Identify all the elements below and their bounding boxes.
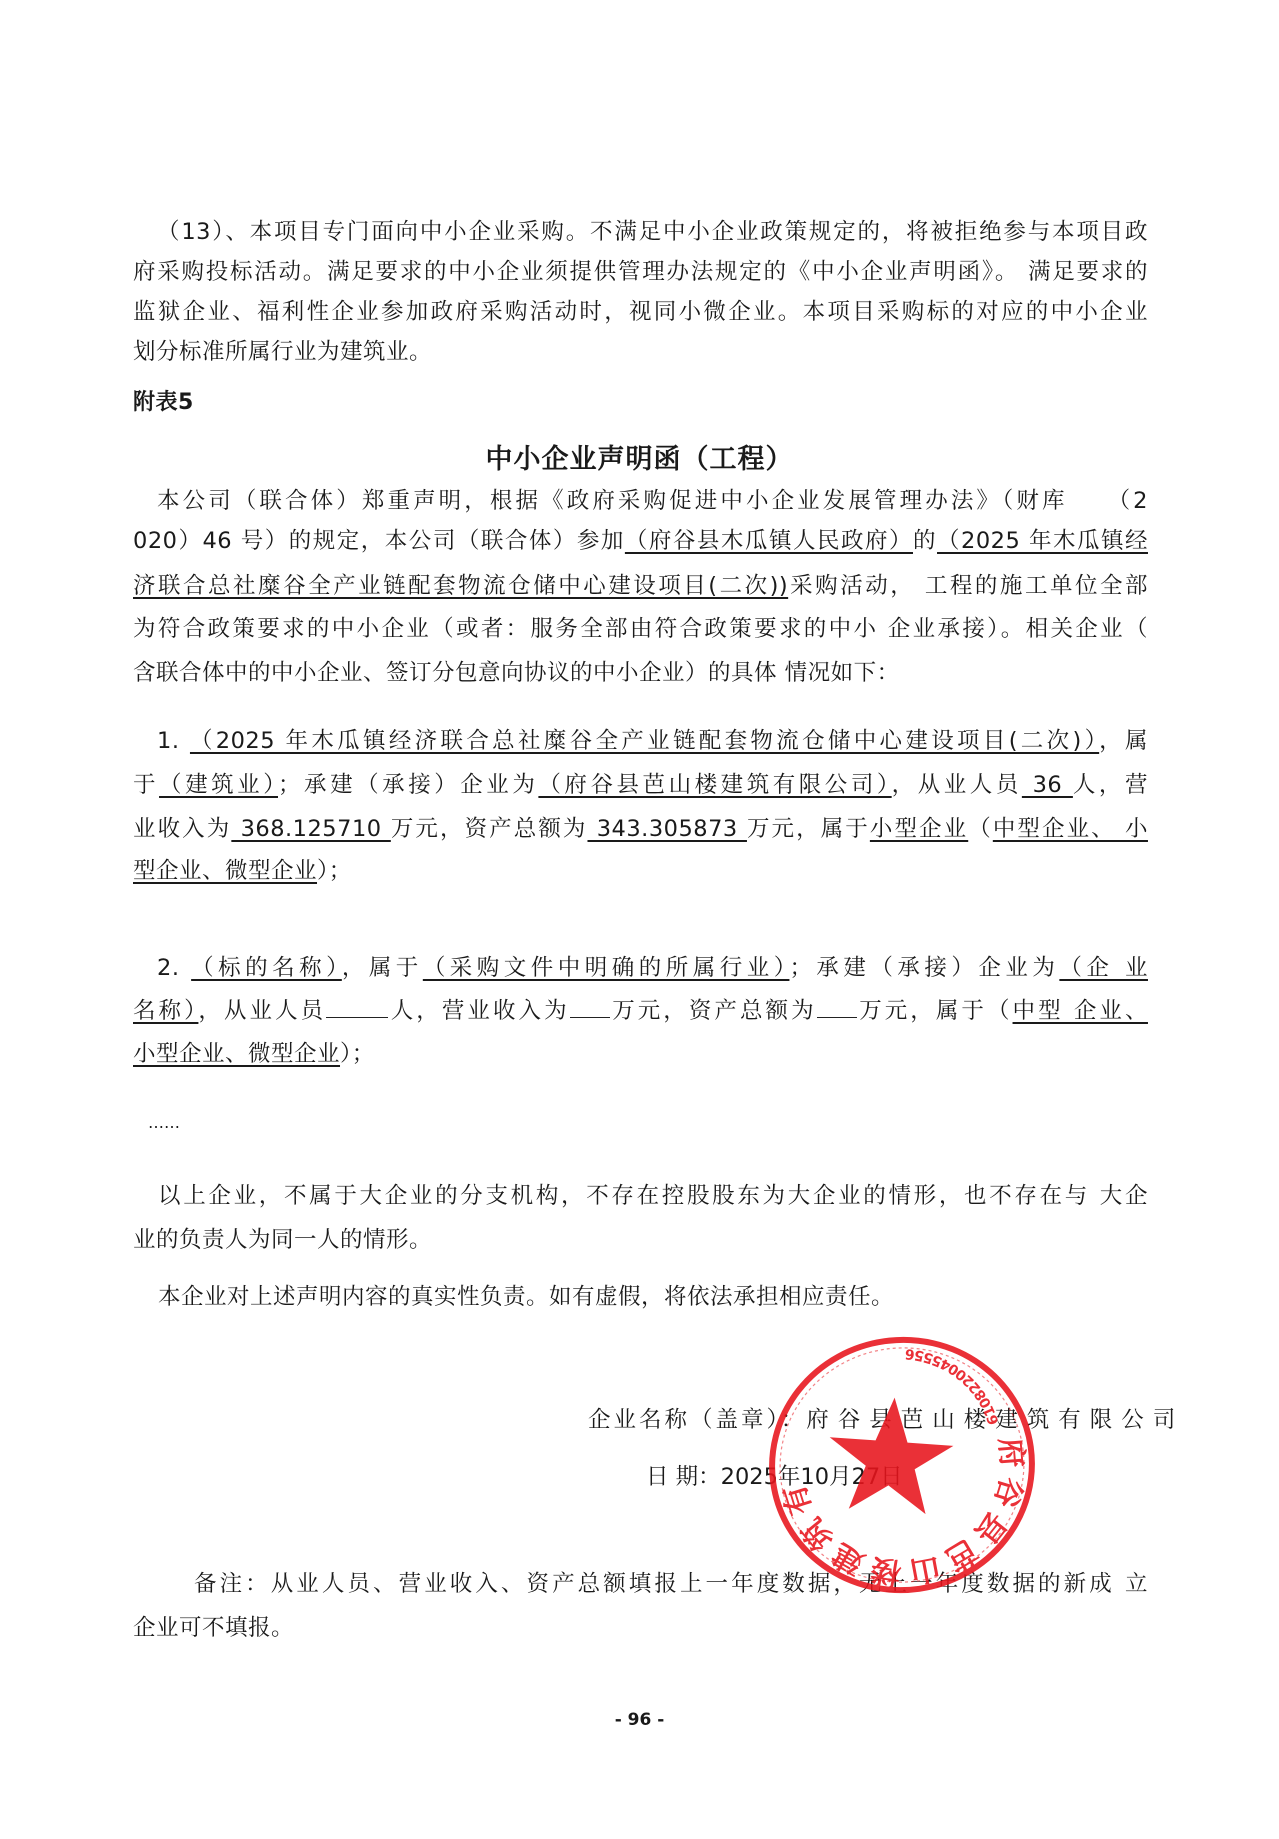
item-1-revenue: 368.125710: [231, 816, 390, 842]
item-text: ；承建（承接）企业为: [278, 772, 538, 798]
page-number: - 96 -: [0, 1710, 1279, 1730]
clause-13-line-2: 府采购投标活动。满足要求的中小企业须提供管理办法规定的《中小企业声明函》。 满足…: [133, 257, 1148, 287]
item-number: 1.: [157, 728, 179, 754]
item-2-contractor: （企 业: [1059, 955, 1148, 981]
date-label: 日 期：: [646, 1464, 721, 1490]
item-text: ）；: [340, 1041, 375, 1067]
item-text: （: [968, 816, 993, 842]
intro-line-1: 本公司（联合体）郑重声明，根据《政府采购促进中小企业发展管理办法》（财库 （2: [133, 486, 1148, 516]
item-text: 人，营: [1073, 772, 1148, 798]
item-2-size-options: 中型 企业、: [1013, 998, 1148, 1024]
item-text: 人，营业收入为: [388, 998, 569, 1024]
item-number: 2.: [157, 955, 179, 981]
intro-line-5: 含联合体中的中小企业、签订分包意向协议的中小企业）的具体 情况如下：: [133, 658, 1148, 688]
purchaser-name: （府谷县木瓜镇人民政府）: [625, 528, 913, 554]
item-text: ，从业人员: [892, 772, 1022, 798]
item-text: 万元，资产总额为: [610, 998, 817, 1024]
statement-line-2: 业的负责人为同一人的情形。: [133, 1225, 1148, 1255]
intro-line-3: 济联合总社糜谷全产业链配套物流仓储中心建设项目(二次))采购活动， 工程的施工单…: [133, 571, 1148, 601]
item-2-industry: （采购文件中明确的所属行业）: [423, 955, 790, 981]
signature-label: 企业名称（盖章）：: [588, 1407, 806, 1433]
item-1-size-options: 型企业、微型企业: [133, 858, 317, 884]
note-line-1: 备注：从业人员、营业收入、资产总额填报上一年度数据，无上一年度数据的新成 立: [194, 1569, 1148, 1599]
project-name-part-2: 济联合总社糜谷全产业链配套物流仓储中心建设项目(二次)): [133, 573, 788, 599]
clause-13-line-3: 监狱企业、福利性企业参加政府采购活动时，视同小微企业。本项目采购标的对应的中小企…: [133, 297, 1148, 327]
item-text: 万元，属于: [747, 816, 870, 842]
ellipsis: ……: [148, 1108, 1163, 1138]
item-1-line-2: 于（建筑业）；承建（承接）企业为（府谷县芭山楼建筑有限公司），从业人员 36 人…: [133, 770, 1148, 800]
assets-blank: [817, 995, 857, 1018]
note-line-2: 企业可不填报。: [133, 1613, 1148, 1643]
item-1-contractor: （府谷县芭山楼建筑有限公司）: [538, 772, 891, 798]
item-text: 业收入为: [133, 816, 231, 842]
item-text: ；承建（承接）企业为: [789, 955, 1059, 981]
document-title: 中小企业声明函（工程）: [0, 437, 1279, 476]
item-2-contractor: 名称）: [133, 998, 198, 1024]
date-value: 2025年10月27日: [721, 1464, 903, 1490]
intro-text: 采购活动， 工程的施工单位全部: [788, 573, 1148, 599]
item-text: ）；: [317, 858, 352, 884]
item-text: ，属于: [342, 955, 423, 981]
item-2-line-1: 2. （标的名称），属于（采购文件中明确的所属行业）；承建（承接）企业为（企 业: [133, 953, 1148, 983]
statement-line-1: 以上企业，不属于大企业的分支机构，不存在控股股东为大企业的情形，也不存在与 大企: [158, 1181, 1148, 1211]
item-1-line-1: 1. （2025 年木瓜镇经济联合总社糜谷全产业链配套物流仓储中心建设项目(二次…: [133, 726, 1148, 756]
item-text: 万元，属于（: [857, 998, 1013, 1024]
intro-line-4: 为符合政策要求的中小企业（或者：服务全部由符合政策要求的中小 企业承接）。相关企…: [133, 614, 1148, 644]
item-2-project-name: （标的名称）: [191, 955, 342, 981]
appendix-label: 附表5: [133, 388, 1148, 418]
item-1-size-options: 中型企业、 小: [993, 816, 1148, 842]
item-1-employees: 36: [1022, 772, 1073, 798]
responsibility-statement: 本企业对上述声明内容的真实性负责。如有虚假，将依法承担相应责任。: [158, 1282, 1173, 1312]
item-1-assets: 343.305873: [587, 816, 746, 842]
item-1-line-3: 业收入为 368.125710 万元，资产总额为 343.305873 万元，属…: [133, 814, 1148, 844]
item-text: 于: [133, 772, 159, 798]
item-2-line-2: 名称），从业人员人，营业收入为万元，资产总额为万元，属于（中型 企业、: [133, 995, 1148, 1026]
clause-13-line-4: 划分标准所属行业为建筑业。: [133, 337, 1148, 367]
company-name: 府谷县芭山楼建筑有限公司: [806, 1407, 1184, 1433]
item-text: ，属: [1099, 728, 1148, 754]
intro-line-2: 020）46 号）的规定，本公司（联合体）参加（府谷县木瓜镇人民政府）的（202…: [133, 526, 1148, 556]
revenue-blank: [570, 995, 610, 1018]
intro-text: 020）46 号）的规定，本公司（联合体）参加: [133, 528, 625, 554]
item-text: ，从业人员: [198, 998, 326, 1024]
item-2-size-options: 小型企业、微型企业: [133, 1041, 340, 1067]
project-name-part-1: （2025 年木瓜镇经: [937, 528, 1148, 554]
item-1-size: 小型企业: [870, 816, 968, 842]
clause-13-line-1: （13）、本项目专门面向中小企业采购。不满足中小企业政策规定的，将被拒绝参与本项…: [133, 217, 1148, 247]
item-text: 万元，资产总额为: [391, 816, 588, 842]
item-2-line-3: 小型企业、微型企业）；: [133, 1039, 1148, 1069]
signature-line: 企业名称（盖章）：府谷县芭山楼建筑有限公司: [588, 1405, 1184, 1435]
item-1-line-4: 型企业、微型企业）；: [133, 856, 1148, 886]
employees-blank: [326, 995, 388, 1018]
date-line: 日 期：2025年10月27日: [646, 1462, 903, 1492]
item-1-industry: （建筑业）: [159, 772, 278, 798]
item-1-project-name: （2025 年木瓜镇经济联合总社糜谷全产业链配套物流仓储中心建设项目(二次)）: [190, 728, 1099, 754]
intro-text: 的: [913, 528, 937, 554]
